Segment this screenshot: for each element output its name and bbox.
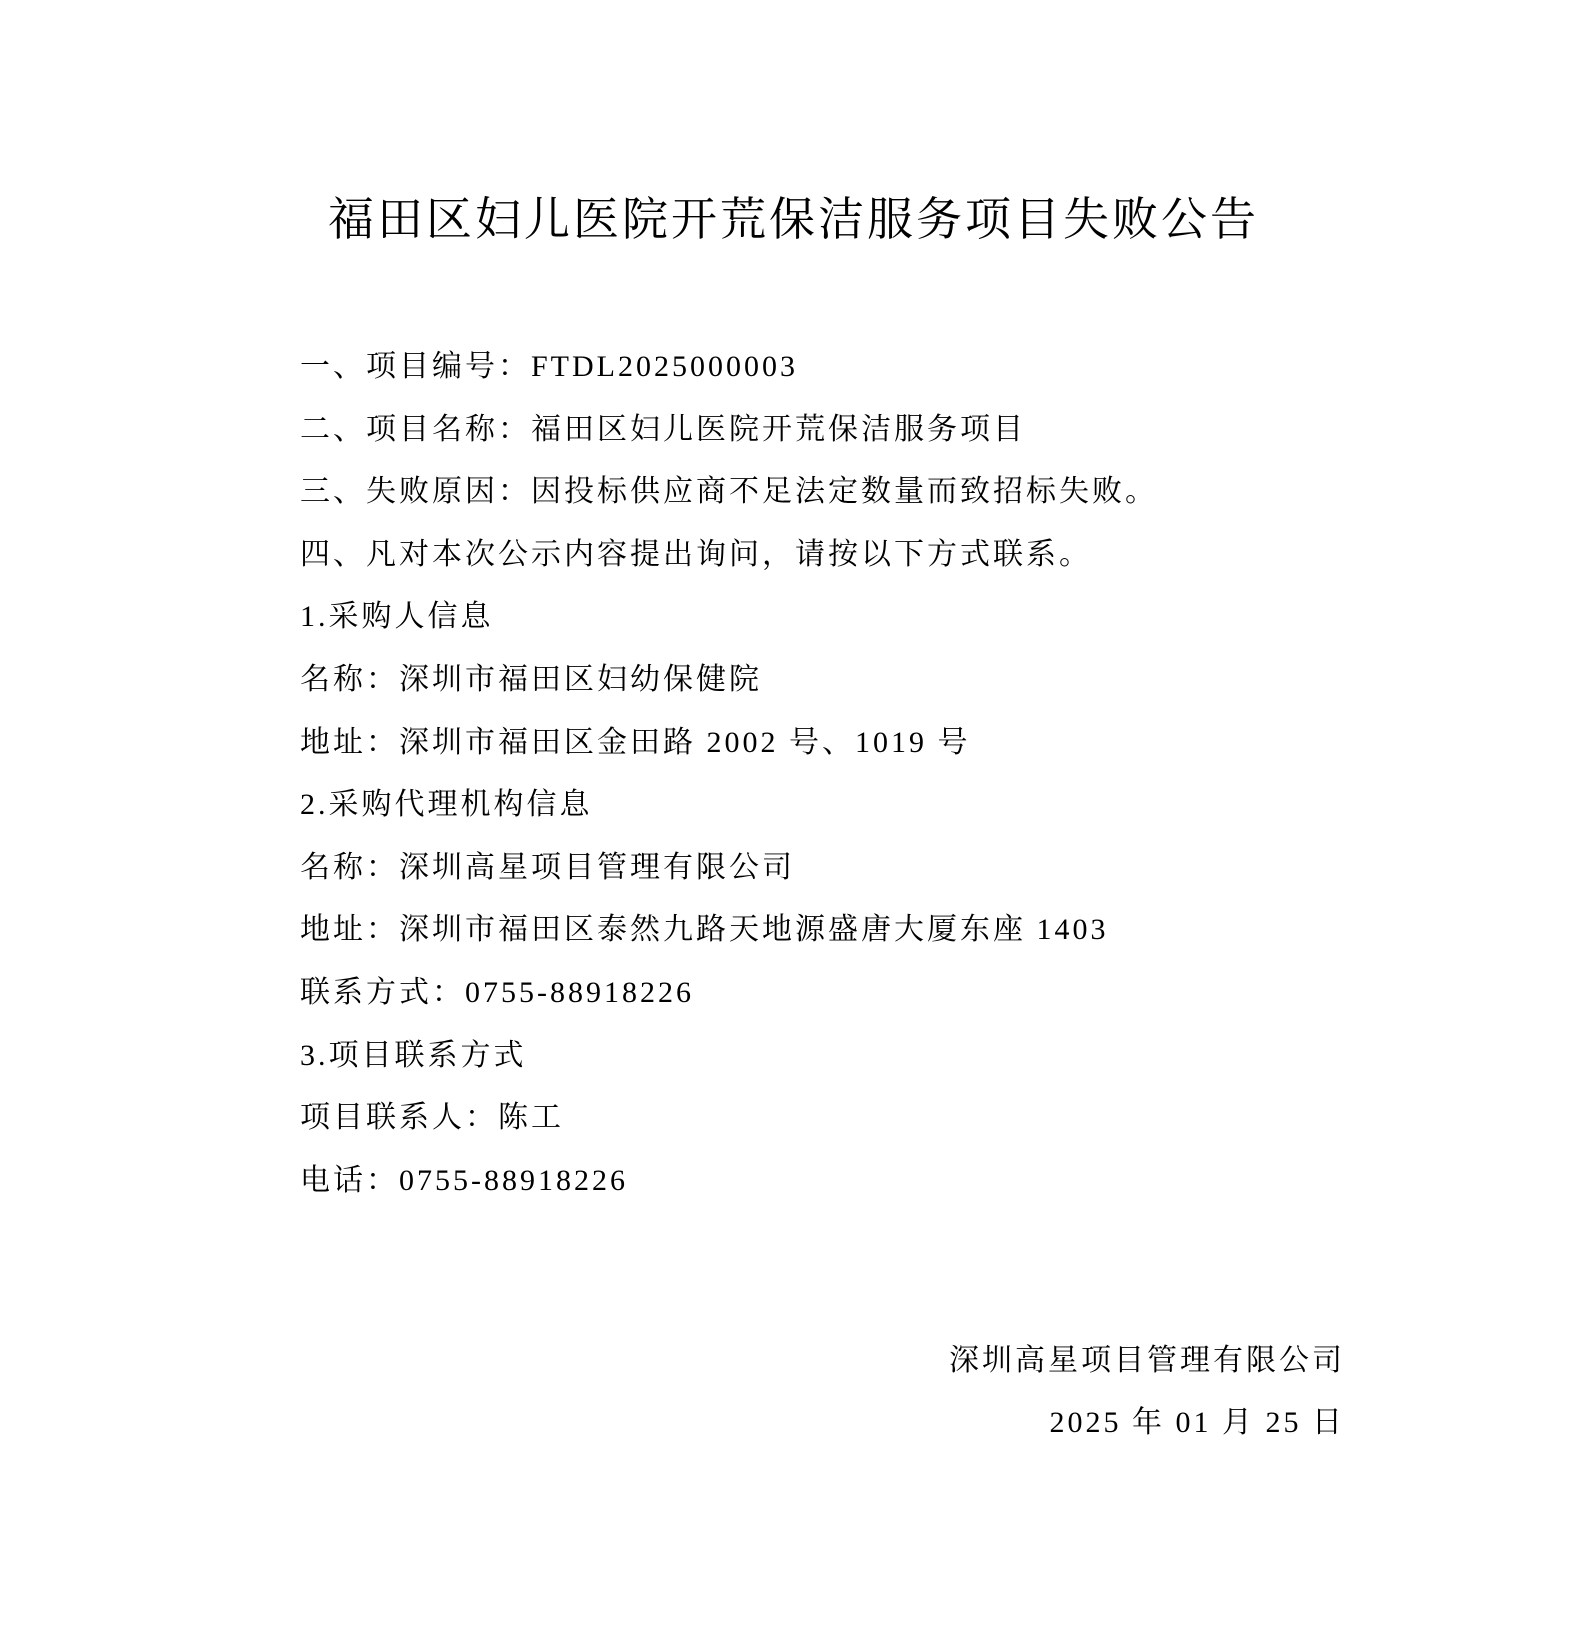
project-contact-person-line: 项目联系人：陈工 [300,1087,1360,1150]
project-contact-heading: 3.项目联系方式 [300,1025,1360,1088]
project-name-line: 二、项目名称：福田区妇儿医院开荒保洁服务项目 [300,399,1360,462]
signature-block: 深圳高星项目管理有限公司 2025 年 01 月 25 日 [949,1330,1345,1454]
project-contact-phone-line: 电话：0755-88918226 [300,1150,1360,1213]
agency-phone-line: 联系方式：0755-88918226 [300,962,1360,1025]
agency-name-line: 名称：深圳高星项目管理有限公司 [300,837,1360,900]
contact-intro-line: 四、凡对本次公示内容提出询问，请按以下方式联系。 [300,524,1360,587]
signature-date: 2025 年 01 月 25 日 [949,1392,1345,1454]
agency-heading: 2.采购代理机构信息 [300,774,1360,837]
document-title: 福田区妇儿医院开荒保洁服务项目失败公告 [0,188,1587,252]
failure-reason-line: 三、失败原因：因投标供应商不足法定数量而致招标失败。 [300,461,1360,524]
document-body: 一、项目编号：FTDL2025000003 二、项目名称：福田区妇儿医院开荒保洁… [300,336,1360,1212]
purchaser-address-line: 地址：深圳市福田区金田路 2002 号、1019 号 [300,712,1360,775]
agency-address-line: 地址：深圳市福田区泰然九路天地源盛唐大厦东座 1403 [300,899,1360,962]
purchaser-heading: 1.采购人信息 [300,586,1360,649]
purchaser-name-line: 名称：深圳市福田区妇幼保健院 [300,649,1360,712]
project-number-line: 一、项目编号：FTDL2025000003 [300,336,1360,399]
signature-company: 深圳高星项目管理有限公司 [949,1330,1345,1392]
document-page: 福田区妇儿医院开荒保洁服务项目失败公告 一、项目编号：FTDL202500000… [0,0,1587,1630]
